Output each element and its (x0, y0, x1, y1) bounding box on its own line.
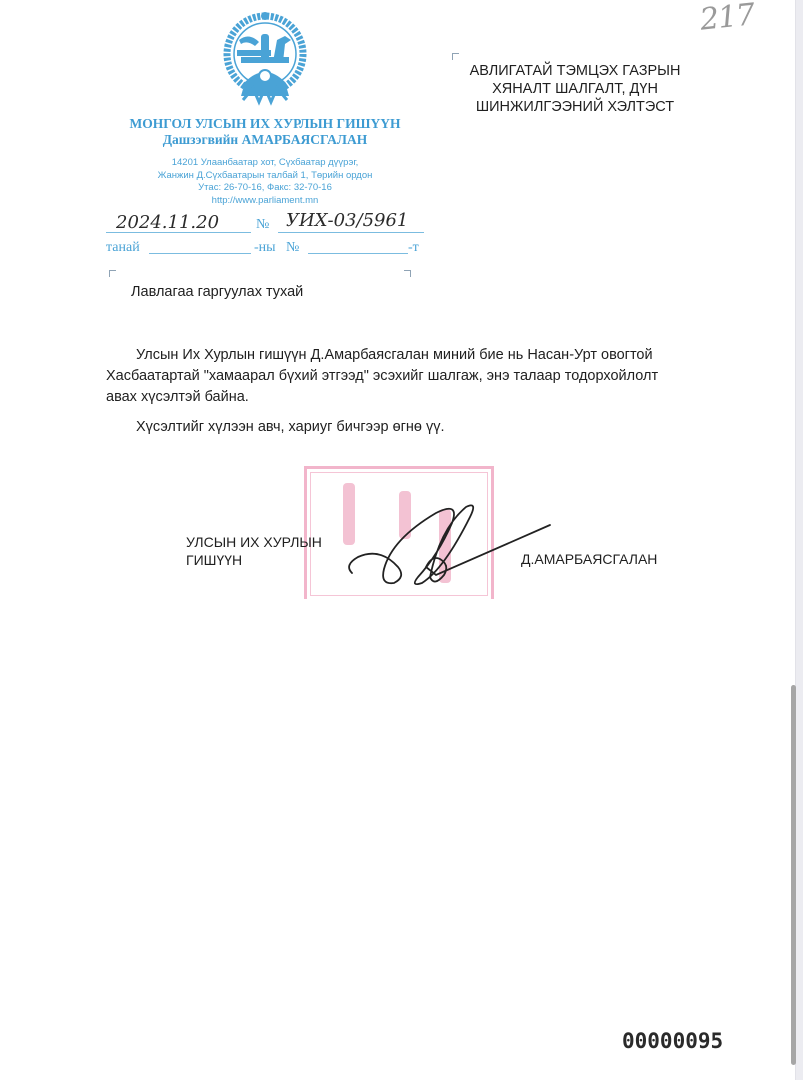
letter-number: УИХ-03/5961 (286, 210, 408, 231)
letter-subject: Лавлагаа гаргуулах тухай (131, 284, 303, 300)
your-label: танай (106, 240, 140, 256)
org-line-2: Дашзэгвийн АМАРБАЯСГАЛАН (100, 132, 430, 148)
number-label: № (256, 217, 269, 233)
addressee-line: ХЯНАЛТ ШАЛГАЛТ, ДҮН (430, 80, 720, 98)
body-paragraph: Хүсэлтийг хүлээн авч, хариуг бичгээр өгн… (106, 417, 686, 438)
addressee-line: ШИНЖИЛГЭЭНИЙ ХЭЛТЭСТ (430, 98, 720, 116)
addressee-line: АВЛИГАТАЙ ТЭМЦЭХ ГАЗРЫН (430, 62, 720, 80)
address-line: 14201 Улаанбаатар хот, Сүхбаатар дүүрэг, (100, 157, 430, 170)
ny-label: -ны (254, 240, 276, 256)
mongolia-state-emblem-icon (219, 10, 311, 110)
corner-mark (452, 53, 459, 60)
t-label: -т (408, 240, 419, 256)
handwritten-note: 217 (698, 0, 756, 38)
reference-date-number-row: 2024.11.20 № УИХ-03/5961 (106, 212, 424, 238)
reference-your-number-row: танай -ны № -т (106, 238, 424, 260)
org-line-1: МОНГОЛ УЛСЫН ИХ ХУРЛЫН ГИШҮҮН (100, 116, 430, 132)
signatory-title: УЛСЫН ИХ ХУРЛЫН ГИШҮҮН (186, 533, 322, 569)
letter-date: 2024.11.20 (116, 212, 219, 233)
signatory-title-line: ГИШҮҮН (186, 551, 322, 569)
your-number-label: № (286, 240, 299, 256)
address-line: Жанжин Д.Сүхбаатарын талбай 1, Төрийн ор… (100, 170, 430, 183)
letterhead-address: 14201 Улаанбаатар хот, Сүхбаатар дүүрэг,… (100, 157, 430, 207)
body-paragraph: Улсын Их Хурлын гишүүн Д.Амарбаясгалан м… (106, 345, 686, 408)
signatory-title-line: УЛСЫН ИХ ХУРЛЫН (186, 533, 322, 551)
handwritten-signature (340, 495, 560, 595)
org-title: МОНГОЛ УЛСЫН ИХ ХУРЛЫН ГИШҮҮН Дашзэгвийн… (100, 116, 430, 148)
corner-mark (404, 270, 411, 277)
vertical-scrollbar[interactable] (791, 685, 796, 1065)
phone-fax: Утас: 26-70-16, Факс: 32-70-16 (100, 182, 430, 195)
viewer-edge (795, 0, 803, 1080)
document-serial-number: 00000095 (622, 1029, 723, 1053)
website: http://www.parliament.mn (100, 195, 430, 208)
corner-mark (109, 270, 116, 277)
signatory-name: Д.АМАРБАЯСГАЛАН (521, 551, 657, 567)
addressee: АВЛИГАТАЙ ТЭМЦЭХ ГАЗРЫН ХЯНАЛТ ШАЛГАЛТ, … (430, 62, 720, 116)
letter-body: Улсын Их Хурлын гишүүн Д.Амарбаясгалан м… (106, 345, 686, 438)
